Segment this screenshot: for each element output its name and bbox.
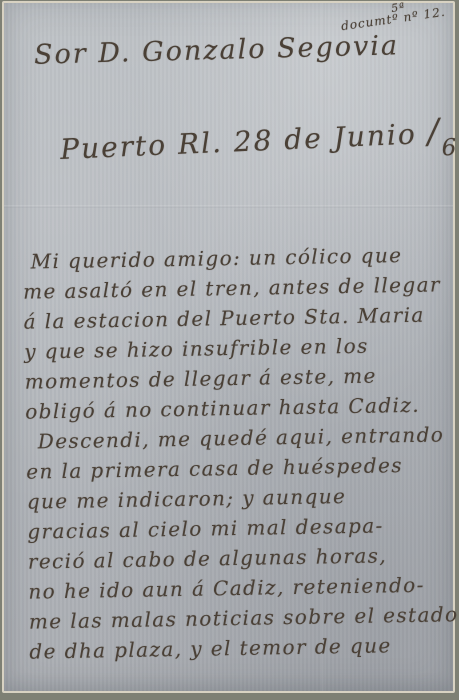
letter-photo-backdrop: 5ª documtº nº 12. Sor D. Gonzalo Segovia… xyxy=(0,0,459,700)
archival-note: 5ª documtº nº 12. xyxy=(339,0,446,32)
dateline-place-date: Puerto Rl. 28 de Junio xyxy=(60,117,429,166)
salutation-line: Sor D. Gonzalo Segovia xyxy=(34,30,400,71)
letter-body: Mi querido amigo: un cólico que me asalt… xyxy=(22,239,446,666)
dateline-slash: / xyxy=(427,111,442,152)
paper-crease-horizontal xyxy=(4,205,453,208)
manuscript-line: de dha plaza, y el temor de que xyxy=(29,629,446,666)
letter-page: 5ª documtº nº 12. Sor D. Gonzalo Segovia… xyxy=(2,1,455,693)
dateline-year: 66 xyxy=(441,134,459,161)
dateline: Puerto Rl. 28 de Junio /66 xyxy=(59,110,459,168)
